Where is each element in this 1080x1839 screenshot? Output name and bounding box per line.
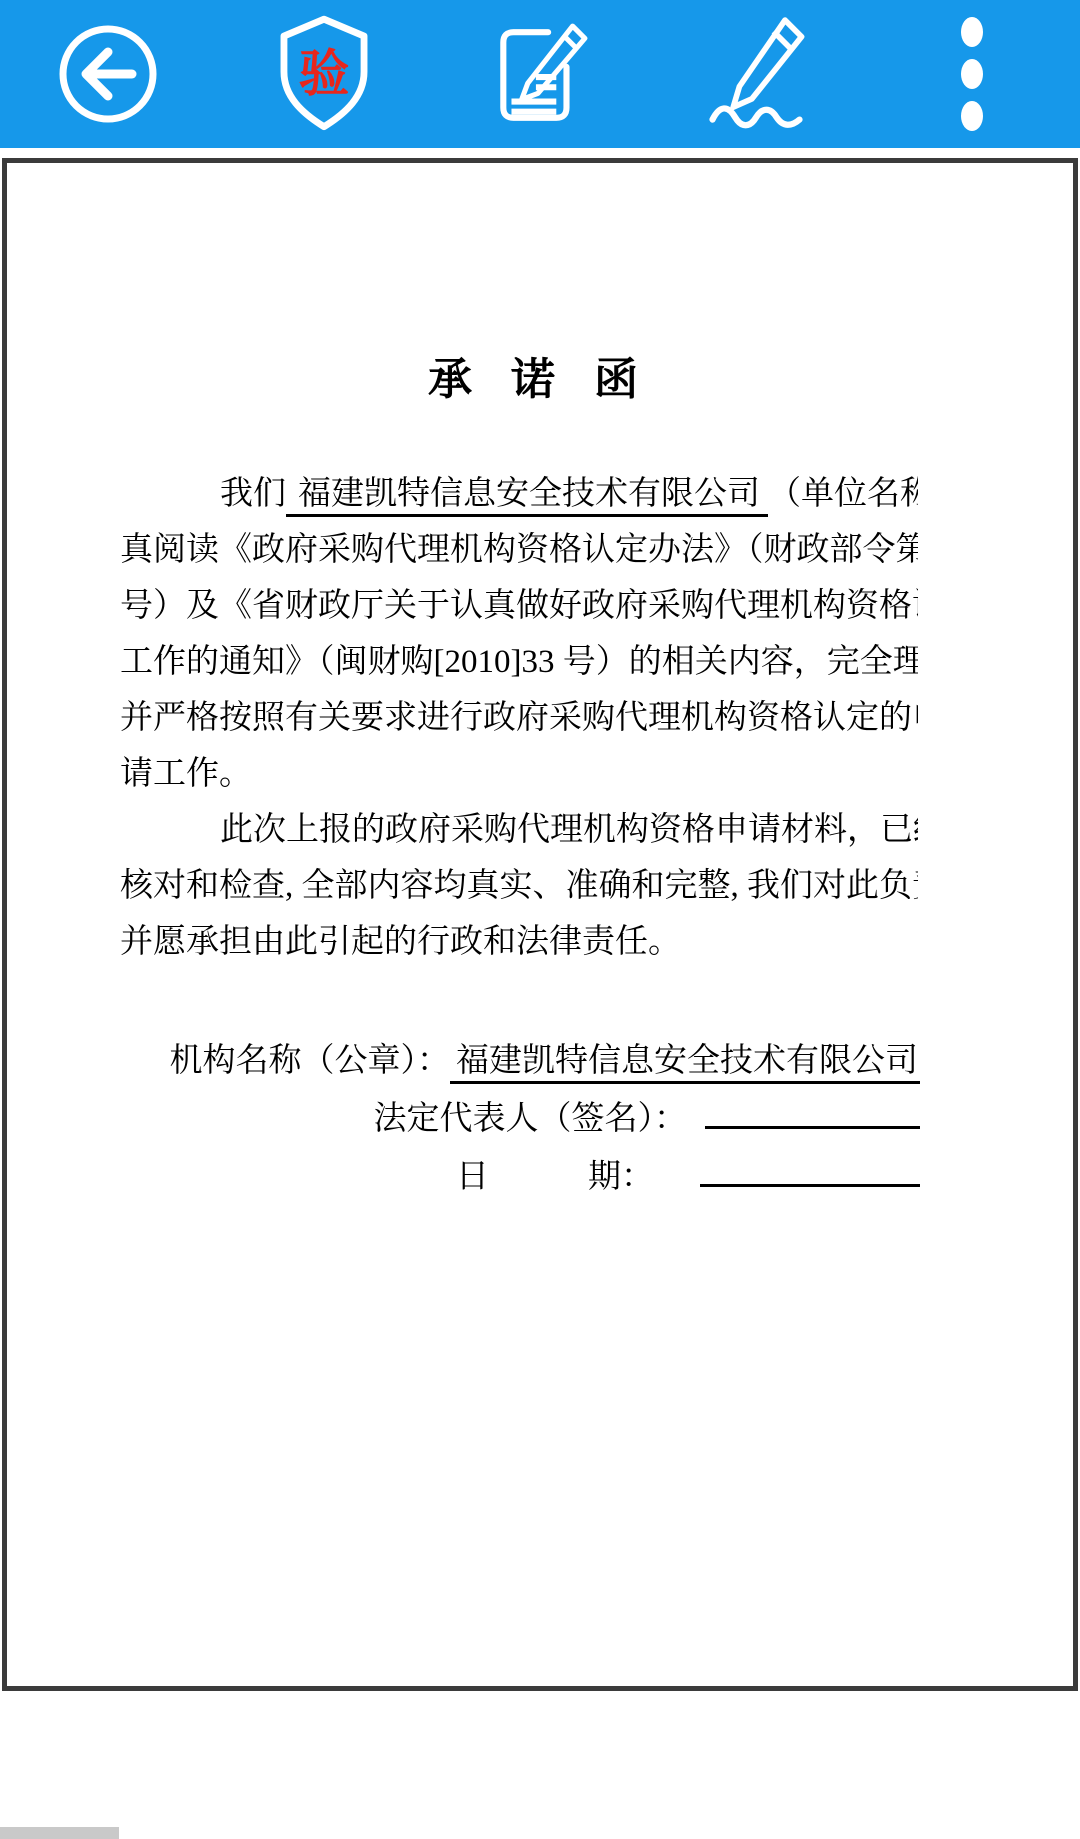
signature-pen-icon bbox=[704, 16, 808, 132]
verify-button[interactable]: 验 bbox=[259, 10, 389, 138]
verify-shield-icon: 验 bbox=[271, 15, 377, 133]
document-body: 我们福建凯特信息安全技术有限公司（单位名称）已认 真阅读《政府采购代理机构资格认… bbox=[7, 466, 1073, 970]
more-vert-icon bbox=[949, 12, 995, 136]
paragraph1-line2: 真阅读《政府采购代理机构资格认定办法》（财政部令第 61 bbox=[120, 522, 918, 578]
paragraph1-line1: 我们福建凯特信息安全技术有限公司（单位名称）已认 bbox=[120, 466, 918, 522]
paragraph2-line2: 核对和检查, 全部内容均真实、准确和完整, 我们对此负责， bbox=[120, 858, 918, 914]
more-button[interactable] bbox=[907, 10, 1037, 138]
edit-note-icon bbox=[489, 20, 591, 128]
rep-label: 法定代表人（签名）： bbox=[374, 1101, 688, 1137]
company-name-underlined: 福建凯特信息安全技术有限公司 bbox=[286, 476, 768, 517]
paragraph1-line5: 并严格按照有关要求进行政府采购代理机构资格认定的申 bbox=[120, 690, 918, 746]
rep-signature-blank bbox=[705, 1090, 920, 1129]
document-page: 承 诺 函 我们福建凯特信息安全技术有限公司（单位名称）已认 真阅读《政府采购代… bbox=[2, 158, 1078, 1691]
date-blank bbox=[700, 1148, 920, 1187]
verify-label: 验 bbox=[299, 46, 350, 102]
date-label: 日 期： bbox=[456, 1159, 654, 1195]
signature-button[interactable] bbox=[691, 10, 821, 138]
document-title: 承 诺 函 bbox=[7, 352, 1073, 408]
paragraph1-line4: 工作的通知》（闽财购[2010]33 号）的相关内容，完全理解 bbox=[120, 634, 918, 690]
signature-block: 机构名称（公章）：福建凯特信息安全技术有限公司 法定代表人（签名）： 日 期： bbox=[7, 1033, 1073, 1206]
top-toolbar: 验 bbox=[0, 0, 1080, 148]
back-icon bbox=[56, 22, 160, 126]
signature-date-line: 日 期： bbox=[7, 1148, 920, 1206]
paragraph1-line6: 请工作。 bbox=[120, 746, 918, 802]
edit-note-button[interactable] bbox=[475, 10, 605, 138]
p1-l1-prefix: 我们 bbox=[220, 476, 286, 512]
paragraph2-line3: 并愿承担由此引起的行政和法律责任。 bbox=[120, 914, 918, 970]
paragraph1-line3: 号）及《省财政厅关于认真做好政府采购代理机构资格认定 bbox=[120, 578, 918, 634]
p1-l1-suffix: （单位名称）已认 bbox=[768, 476, 918, 512]
horizontal-scrollbar-thumb[interactable] bbox=[0, 1827, 119, 1839]
org-label: 机构名称（公章）： bbox=[170, 1043, 451, 1079]
signature-rep-line: 法定代表人（签名）： bbox=[7, 1090, 920, 1148]
signature-org-line: 机构名称（公章）：福建凯特信息安全技术有限公司 bbox=[7, 1033, 920, 1090]
org-company-underlined: 福建凯特信息安全技术有限公司 bbox=[450, 1043, 920, 1084]
back-button[interactable] bbox=[43, 10, 173, 138]
paragraph2-line1: 此次上报的政府采购代理机构资格申请材料，已经认真 bbox=[120, 802, 918, 858]
